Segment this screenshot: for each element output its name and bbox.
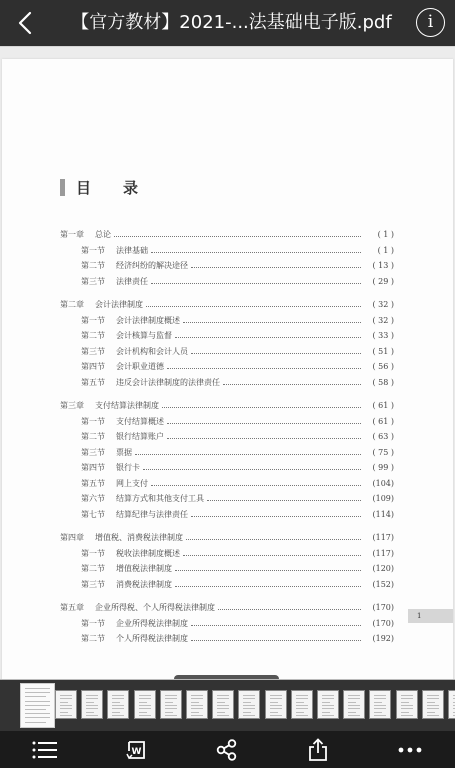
thumbnail-text-line (270, 715, 282, 716)
thumbnail-current[interactable] (20, 683, 55, 728)
thumbnail-text-line (270, 698, 282, 699)
thumbnail-text-line (427, 695, 439, 696)
toc-entry-title: 会计法律制度 (95, 297, 143, 313)
toc-section-entry[interactable]: 第二节银行结算账户( 63 ) (60, 429, 394, 445)
thumbnail-text-line (86, 702, 94, 703)
thumbnail-text-line (348, 702, 356, 703)
toc-page-number: (120) (364, 561, 394, 577)
toc-page-number: ( 51 ) (364, 344, 394, 360)
thumbnail-text-line (60, 705, 72, 706)
toc-chapter-entry[interactable]: 第二章会计法律制度( 32 ) (60, 297, 394, 313)
toc-title-part1: 目 (76, 177, 91, 198)
toc-section-entry[interactable]: 第一节税收法律制度概述(117) (60, 546, 394, 562)
thumbnail-text-line (243, 712, 251, 713)
toc-chapter-entry[interactable]: 第三章支付结算法律制度( 61 ) (60, 398, 394, 414)
thumbnail[interactable] (448, 690, 455, 719)
toc-page-number: (170) (364, 616, 394, 632)
toc-number: 第三章 (60, 398, 84, 414)
toc-entry-title: 网上支付 (116, 476, 148, 492)
thumbnail-text-line (139, 715, 151, 716)
thumbnail-text-line (348, 695, 360, 696)
toc-entry-title: 违反会计法律制度的法律责任 (116, 375, 220, 391)
dot-leader (135, 454, 361, 455)
toc-page-number: ( 1 ) (364, 243, 394, 259)
toc-number: 第一节 (81, 243, 105, 259)
thumbnail-text-line (165, 702, 173, 703)
thumbnail-text-line (296, 695, 308, 696)
toc-chapter-entry[interactable]: 第一章总论( 1 ) (60, 227, 394, 243)
thumbnail-text-line (191, 708, 203, 709)
toc-number: 第一节 (81, 414, 105, 430)
dot-leader (186, 539, 361, 540)
toc-number: 第二节 (81, 631, 105, 647)
toc-number: 第二节 (81, 328, 105, 344)
toc-section-entry[interactable]: 第三节法律责任( 29 ) (60, 274, 394, 290)
thumbnail-text-line (25, 713, 50, 714)
thumbnail-text-line (374, 702, 382, 703)
thumbnail-text-line (243, 705, 255, 706)
thumbnail-text-line (139, 695, 151, 696)
toc-number: 第三节 (81, 344, 105, 360)
thumbnail-text-line (165, 708, 177, 709)
top-navigation-bar: 【官方教材】2021-...法基础电子版.pdf i (0, 0, 455, 46)
thumbnail-text-line (401, 695, 413, 696)
thumbnail-text-line (322, 712, 330, 713)
more-button[interactable] (395, 737, 425, 763)
thumbnail-text-line (217, 698, 229, 699)
thumbnail[interactable] (134, 690, 156, 719)
toc-entry-title: 会计法律制度概述 (116, 313, 180, 329)
thumbnail-text-line (60, 698, 72, 699)
info-button[interactable]: i (416, 8, 445, 37)
toc-section-entry[interactable]: 第二节会计核算与监督( 33 ) (60, 328, 394, 344)
thumbnail-text-line (139, 712, 147, 713)
toc-number: 第五节 (81, 476, 105, 492)
toc-entry-title: 消费税法律制度 (116, 577, 172, 593)
toc-page-number: ( 33 ) (364, 328, 394, 344)
thumbnail-text-line (322, 702, 330, 703)
thumbnail-text-line (427, 712, 435, 713)
thumbnail-text-line (217, 712, 225, 713)
thumbnail-text-line (270, 695, 282, 696)
thumbnail-text-line (270, 705, 282, 706)
outline-button[interactable] (30, 737, 60, 763)
dot-leader (151, 283, 361, 284)
toc-entry-title: 个人所得税法律制度 (116, 631, 188, 647)
thumbnail-text-line (374, 708, 386, 709)
toc-page-number: (170) (364, 600, 394, 616)
dot-leader (218, 609, 361, 610)
chapter-gap (60, 289, 394, 297)
toc-number: 第四节 (81, 460, 105, 476)
thumbnail-text-line (296, 702, 304, 703)
toc-entry-title: 增值税法律制度 (116, 561, 172, 577)
export-icon (307, 738, 329, 762)
dot-leader (114, 236, 361, 237)
dot-leader (191, 267, 361, 268)
toc-entry-title: 银行结算账户 (116, 429, 164, 445)
thumbnail-text-line (86, 705, 98, 706)
toc-section-entry[interactable]: 第一节企业所得税法律制度(170) (60, 616, 394, 632)
toc-page-number: (152) (364, 577, 394, 593)
dot-leader (207, 500, 361, 501)
thumbnail-text-line (217, 695, 229, 696)
dot-leader (175, 570, 361, 571)
toc-section-entry[interactable]: 第三节消费税法律制度(152) (60, 577, 394, 593)
toc-page-number: ( 32 ) (364, 297, 394, 313)
dot-leader (167, 423, 361, 424)
thumbnail-text-line (60, 695, 72, 696)
thumbnail-text-line (60, 708, 72, 709)
thumbnail-text-line (165, 698, 177, 699)
thumbnail-text-line (25, 701, 50, 702)
pdf-viewer[interactable]: 目 录 第一章总论( 1 )第一节法律基础( 1 )第二节经济纠纷的解决途径( … (0, 46, 455, 681)
toc-page-number: (117) (364, 546, 394, 562)
thumbnail-text-line (243, 702, 251, 703)
thumbnail-text-line (401, 702, 409, 703)
thumbnail-text-line (25, 705, 50, 706)
dot-leader (151, 485, 361, 486)
toc-entry-title: 增值税、消费税法律制度 (95, 530, 183, 546)
thumbnail-text-line (217, 708, 229, 709)
thumbnail-text-line (270, 712, 278, 713)
toc-number: 第二节 (81, 561, 105, 577)
toc-entry-title: 经济纠纷的解决途径 (116, 258, 188, 274)
thumbnail-text-line (112, 705, 124, 706)
toc-chapter-entry[interactable]: 第五章企业所得税、个人所得税法律制度(170) (60, 600, 394, 616)
toc-section-entry[interactable]: 第五节违反会计法律制度的法律责任( 58 ) (60, 375, 394, 391)
toc-entry-title: 税收法律制度概述 (116, 546, 180, 562)
thumbnail-text-line (217, 702, 225, 703)
thumbnail[interactable] (107, 690, 129, 719)
toc-page-number: ( 61 ) (364, 398, 394, 414)
toc-entry-title: 会计核算与监督 (116, 328, 172, 344)
export-button[interactable] (303, 737, 333, 763)
toc-number: 第四章 (60, 530, 84, 546)
toc-number: 第三节 (81, 445, 105, 461)
chapter-gap (60, 592, 394, 600)
thumbnail-text-line (322, 705, 334, 706)
toc-number: 第六节 (81, 491, 105, 507)
toc-page-number: ( 61 ) (364, 414, 394, 430)
dot-leader (151, 252, 361, 253)
toc-number: 第七节 (81, 507, 105, 523)
thumbnail-text-line (296, 705, 308, 706)
thumbnail-text-line (374, 698, 386, 699)
thumbnail-text-line (191, 698, 203, 699)
toc-page-number: (109) (364, 491, 394, 507)
thumbnail-text-line (112, 702, 120, 703)
document-title: 【官方教材】2021-...法基础电子版.pdf (60, 0, 403, 46)
toc-entry-title: 法律基础 (116, 243, 148, 259)
thumbnail-text-line (348, 708, 360, 709)
thumbnail-text-line (243, 695, 255, 696)
back-button[interactable] (14, 10, 36, 36)
info-icon: i (428, 12, 433, 32)
toc-page-number: ( 32 ) (364, 313, 394, 329)
dot-leader (143, 469, 361, 470)
thumbnail-text-line (401, 708, 413, 709)
thumbnail-text-line (191, 712, 199, 713)
toc-entry-title: 结算方式和其他支付工具 (116, 491, 204, 507)
thumbnail-text-line (427, 698, 439, 699)
thumbnail-text-line (25, 688, 50, 689)
thumbnail-text-line (270, 702, 278, 703)
thumbnail-strip[interactable] (0, 679, 455, 731)
thumbnail-text-line (296, 715, 308, 716)
dot-leader (167, 438, 361, 439)
thumbnail-text-line (86, 695, 98, 696)
toc-section-entry[interactable]: 第二节个人所得税法律制度(192) (60, 631, 394, 647)
toc-number: 第二节 (81, 258, 105, 274)
thumbnail[interactable] (186, 690, 208, 719)
thumbnail-text-line (60, 712, 68, 713)
toc-page-number: ( 58 ) (364, 375, 394, 391)
thumbnail-text-line (348, 715, 360, 716)
toc-number: 第一节 (81, 616, 105, 632)
thumbnail[interactable] (238, 690, 260, 719)
thumbnail[interactable] (317, 690, 339, 719)
toc-entry-title: 支付结算概述 (116, 414, 164, 430)
thumbnail-text-line (60, 715, 72, 716)
thumbnail-text-line (243, 698, 255, 699)
page-number-tab: 1 (408, 609, 453, 623)
toc-number: 第一节 (81, 546, 105, 562)
thumbnail-text-line (296, 712, 304, 713)
dot-leader (183, 555, 361, 556)
thumbnail-text-line (374, 695, 386, 696)
chapter-gap (60, 522, 394, 530)
chevron-left-icon (18, 11, 32, 35)
thumbnail[interactable] (291, 690, 313, 719)
thumbnail[interactable] (265, 690, 287, 719)
convert-to-word-icon: W (125, 739, 147, 761)
thumbnail-text-line (112, 712, 120, 713)
thumbnail-text-line (191, 705, 203, 706)
thumbnail-text-line (217, 705, 229, 706)
toc-number: 第三节 (81, 577, 105, 593)
toc-section-entry[interactable]: 第五节网上支付(104) (60, 476, 394, 492)
chapter-gap (60, 390, 394, 398)
toc-section-entry[interactable]: 第三节票据( 75 ) (60, 445, 394, 461)
toc-entry-title: 总论 (95, 227, 111, 243)
thumbnail-text-line (25, 717, 50, 718)
toc-page-number: ( 75 ) (364, 445, 394, 461)
thumbnail-text-line (322, 715, 334, 716)
dot-leader (167, 368, 361, 369)
thumbnail-text-line (322, 698, 334, 699)
thumbnail-text-line (86, 708, 98, 709)
outline-list-icon (32, 740, 58, 760)
thumbnail-text-line (25, 696, 46, 697)
thumbnail-text-line (139, 702, 147, 703)
thumbnail-text-line (374, 715, 386, 716)
toc-heading: 目 录 (60, 177, 138, 198)
thumbnail-text-line (139, 705, 151, 706)
thumbnail-text-line (296, 698, 308, 699)
thumbnail-text-line (427, 705, 439, 706)
thumbnail-text-line (401, 715, 413, 716)
toc-entry-title: 支付结算法律制度 (95, 398, 159, 414)
toc-entry-title: 法律责任 (116, 274, 148, 290)
toc-section-entry[interactable]: 第七节结算纪律与法律责任(114) (60, 507, 394, 523)
dot-leader (146, 306, 361, 307)
toc-chapter-entry[interactable]: 第四章增值税、消费税法律制度(117) (60, 530, 394, 546)
thumbnail-text-line (243, 708, 255, 709)
svg-text:W: W (132, 747, 142, 757)
thumbnail-text-line (217, 715, 229, 716)
toc-section-entry[interactable]: 第六节结算方式和其他支付工具(109) (60, 491, 394, 507)
toc-section-entry[interactable]: 第二节经济纠纷的解决途径( 13 ) (60, 258, 394, 274)
toc-page-number: ( 56 ) (364, 359, 394, 375)
thumbnail-text-line (139, 698, 151, 699)
dot-leader (175, 586, 361, 587)
toc-entry-title: 会计机构和会计人员 (116, 344, 188, 360)
thumbnail-text-line (165, 705, 177, 706)
toc-page-number: (117) (364, 530, 394, 546)
thumbnail[interactable] (81, 690, 103, 719)
thumbnail-text-line (191, 702, 199, 703)
toc-number: 第二节 (81, 429, 105, 445)
thumbnail-text-line (401, 698, 413, 699)
thumbnail-text-line (322, 708, 334, 709)
thumbnail-text-line (374, 705, 386, 706)
toc-number: 第二章 (60, 297, 84, 313)
thumbnail[interactable] (422, 690, 444, 719)
toc-section-entry[interactable]: 第四节银行卡( 99 ) (60, 460, 394, 476)
toc-section-entry[interactable]: 第三节会计机构和会计人员( 51 ) (60, 344, 394, 360)
toc-number: 第一节 (81, 313, 105, 329)
toc-page-number: (114) (364, 507, 394, 523)
dot-leader (191, 640, 361, 641)
thumbnail[interactable] (212, 690, 234, 719)
thumbnail-text-line (348, 705, 360, 706)
thumbnail-text-line (243, 715, 255, 716)
thumbnail-text-line (25, 722, 46, 723)
toc-page-number: ( 29 ) (364, 274, 394, 290)
thumbnail-text-line (401, 712, 409, 713)
thumbnail-text-line (296, 708, 308, 709)
toc-entry-title: 结算纪律与法律责任 (116, 507, 188, 523)
thumbnail-text-line (191, 695, 203, 696)
convert-to-word-button[interactable]: W (121, 737, 151, 763)
thumbnail[interactable] (369, 690, 391, 719)
thumbnail-text-line (86, 698, 98, 699)
thumbnail-text-line (86, 712, 94, 713)
dot-leader (223, 384, 361, 385)
thumbnail-text-line (348, 712, 356, 713)
toc-number: 第五节 (81, 375, 105, 391)
thumbnail-text-line (427, 708, 439, 709)
bottom-toolbar: W (0, 731, 455, 768)
share-icon (216, 739, 238, 761)
thumbnail-text-line (112, 698, 124, 699)
toc-section-entry[interactable]: 第一节法律基础( 1 ) (60, 243, 394, 259)
toc-entry-title: 银行卡 (116, 460, 140, 476)
thumbnail-text-line (270, 708, 282, 709)
thumbnail[interactable] (396, 690, 418, 719)
toc-section-entry[interactable]: 第一节会计法律制度概述( 32 ) (60, 313, 394, 329)
dot-leader (191, 625, 361, 626)
thumbnail-text-line (165, 712, 173, 713)
thumbnail-text-line (112, 715, 124, 716)
thumbnail-text-line (165, 695, 177, 696)
toc-page-number: ( 13 ) (364, 258, 394, 274)
toc-entry-title: 企业所得税、个人所得税法律制度 (95, 600, 215, 616)
toc-number: 第一章 (60, 227, 84, 243)
toc-number: 第四节 (81, 359, 105, 375)
thumbnail-text-line (401, 705, 413, 706)
dot-leader (183, 322, 361, 323)
thumbnail-text-line (25, 709, 46, 710)
dot-leader (162, 407, 361, 408)
thumbnail-text-line (165, 715, 177, 716)
dot-leader (191, 516, 361, 517)
dot-leader (175, 337, 361, 338)
thumbnail[interactable] (160, 690, 182, 719)
toc-title-part2: 录 (123, 177, 138, 198)
toc-page-number: ( 99 ) (364, 460, 394, 476)
thumbnail-text-line (86, 715, 98, 716)
share-button[interactable] (212, 737, 242, 763)
more-icon (398, 747, 422, 753)
heading-bar-decoration (60, 179, 65, 196)
thumbnail-text-line (322, 695, 334, 696)
thumbnail-text-line (25, 692, 50, 693)
thumbnail-text-line (139, 708, 151, 709)
thumbnail-text-line (374, 712, 382, 713)
toc-entry-title: 企业所得税法律制度 (116, 616, 188, 632)
thumbnail-text-line (112, 695, 124, 696)
dot-leader (191, 353, 361, 354)
toc-entry-title: 会计职业道德 (116, 359, 164, 375)
toc-page-number: ( 1 ) (364, 227, 394, 243)
thumbnail-text-line (348, 698, 360, 699)
thumbnail[interactable] (55, 690, 77, 719)
toc-page-number: (192) (364, 631, 394, 647)
toc-section-entry[interactable]: 第四节会计职业道德( 56 ) (60, 359, 394, 375)
toc-page-number: (104) (364, 476, 394, 492)
thumbnail[interactable] (343, 690, 365, 719)
pdf-page: 目 录 第一章总论( 1 )第一节法律基础( 1 )第二节经济纠纷的解决途径( … (2, 59, 453, 699)
toc-number: 第三节 (81, 274, 105, 290)
toc-page-number: ( 63 ) (364, 429, 394, 445)
thumbnail-text-line (60, 702, 68, 703)
table-of-contents: 第一章总论( 1 )第一节法律基础( 1 )第二节经济纠纷的解决途径( 13 )… (60, 227, 394, 647)
toc-section-entry[interactable]: 第一节支付结算概述( 61 ) (60, 414, 394, 430)
toc-entry-title: 票据 (116, 445, 132, 461)
thumbnail-text-line (112, 708, 124, 709)
toc-number: 第五章 (60, 600, 84, 616)
toc-section-entry[interactable]: 第二节增值税法律制度(120) (60, 561, 394, 577)
thumbnail-text-line (427, 715, 439, 716)
thumbnail-text-line (427, 702, 435, 703)
thumbnail-text-line (191, 715, 203, 716)
